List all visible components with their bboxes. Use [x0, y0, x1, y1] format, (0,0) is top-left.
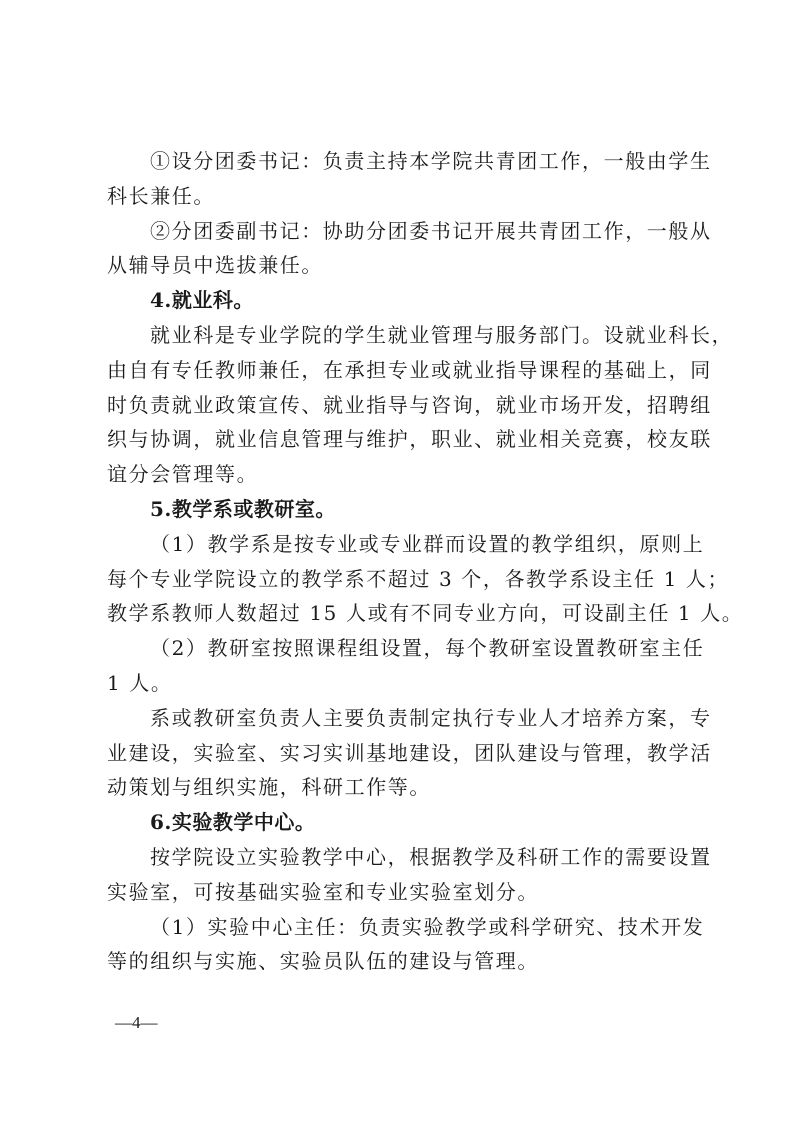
paragraph-line: 从辅导员中选拔兼任。: [107, 248, 697, 283]
paragraph-line: ①设分团委书记：负责主持本学院共青团工作，一般由学生: [107, 144, 697, 179]
paragraph-line: 实验室，可按基础实验室和专业实验室划分。: [107, 875, 697, 910]
paragraph-line: 系或教研室负责人主要负责制定执行专业人才培养方案，专: [107, 701, 697, 736]
paragraph-line: 教学系教师人数超过 15 人或有不同专业方向，可设副主任 1 人。: [107, 596, 697, 631]
section-heading-teaching-dept: 5.教学系或教研室。: [107, 492, 697, 527]
paragraph-line: ②分团委副书记：协助分团委书记开展共青团工作，一般从: [107, 214, 697, 249]
paragraph-line: 谊分会管理等。: [107, 457, 697, 492]
paragraph-line: 业建设，实验室、实习实训基地建设，团队建设与管理，教学活: [107, 736, 697, 771]
paragraph-line: （2）教研室按照课程组设置，每个教研室设置教研室主任: [107, 631, 697, 666]
paragraph-line: 1 人。: [107, 666, 697, 701]
paragraph-line: 等的组织与实施、实验员队伍的建设与管理。: [107, 944, 697, 979]
paragraph-line: 时负责就业政策宣传、就业指导与咨询，就业市场开发，招聘组: [107, 388, 697, 423]
paragraph-line: （1）实验中心主任：负责实验教学或科学研究、技术开发: [107, 910, 697, 945]
paragraph-line: 科长兼任。: [107, 179, 697, 214]
paragraph-line: 动策划与组织实施，科研工作等。: [107, 770, 697, 805]
paragraph-line: （1）教学系是按专业或专业群而设置的教学组织，原则上: [107, 527, 697, 562]
document-body: ①设分团委书记：负责主持本学院共青团工作，一般由学生 科长兼任。 ②分团委副书记…: [107, 144, 697, 979]
section-heading-employment: 4.就业科。: [107, 283, 697, 318]
section-heading-lab-center: 6.实验教学中心。: [107, 805, 697, 840]
paragraph-line: 由自有专任教师兼任，在承担专业或就业指导课程的基础上，同: [107, 353, 697, 388]
paragraph-line: 就业科是专业学院的学生就业管理与服务部门。设就业科长，: [107, 318, 697, 353]
page-number: —4—: [115, 1013, 158, 1033]
paragraph-line: 每个专业学院设立的教学系不超过 3 个，各教学系设主任 1 人；: [107, 562, 697, 597]
paragraph-line: 按学院设立实验教学中心，根据教学及科研工作的需要设置: [107, 840, 697, 875]
paragraph-line: 织与协调，就业信息管理与维护，职业、就业相关竞赛，校友联: [107, 422, 697, 457]
